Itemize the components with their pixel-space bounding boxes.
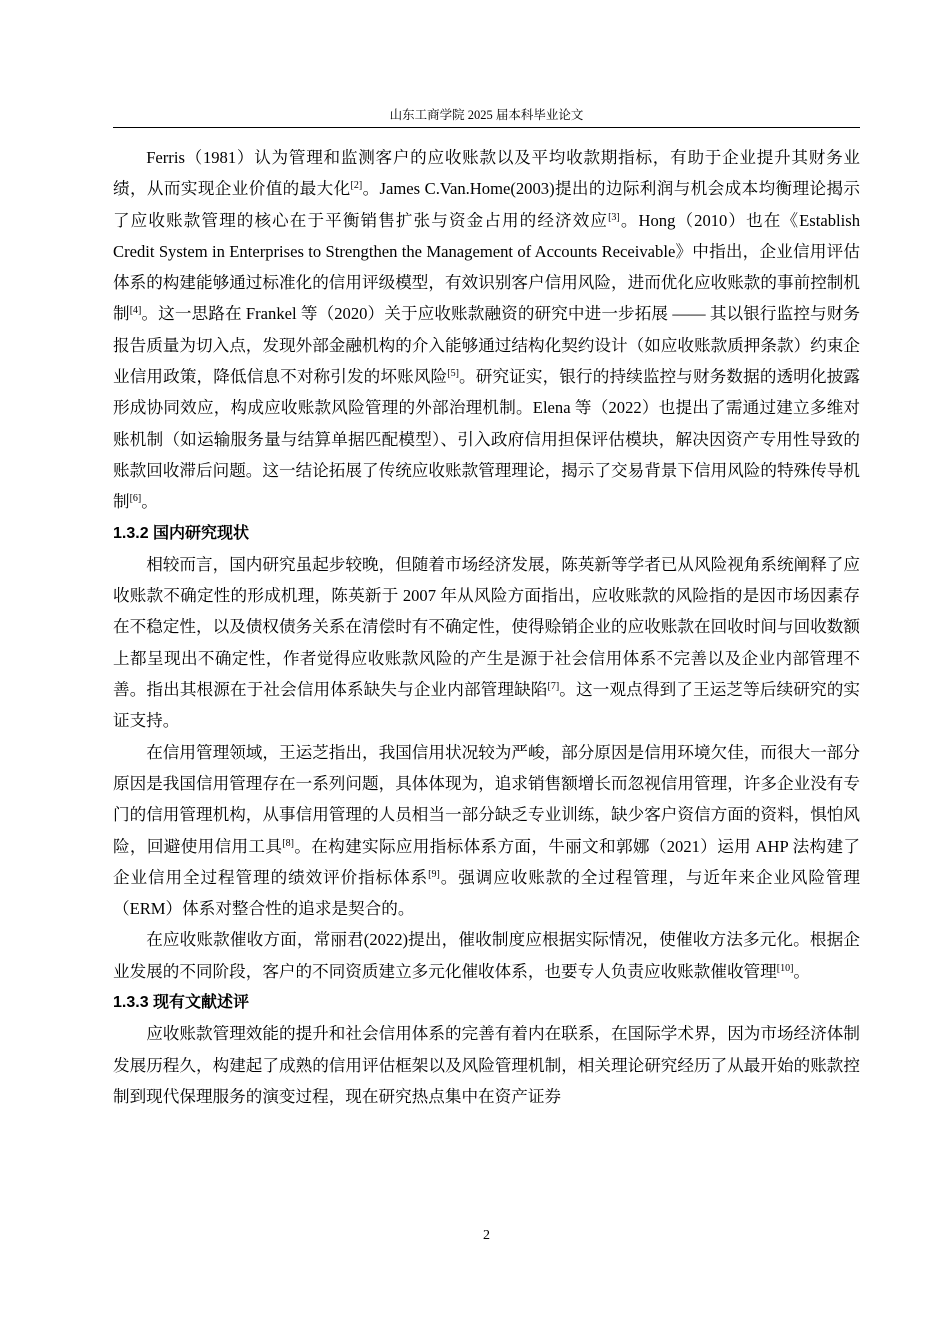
running-header: 山东工商学院 2025 届本科毕业论文 [113, 107, 860, 123]
citation: [2] [351, 180, 363, 191]
paragraph-literature-review: 应收账款管理效能的提升和社会信用体系的完善有着内在联系，在国际学术界，因为市场经… [113, 1018, 860, 1112]
section-heading-1-3-2: 1.3.2 国内研究现状 [113, 518, 860, 549]
header-divider [113, 127, 860, 128]
paragraph-foreign-research: Ferris（1981）认为管理和监测客户的应收账款以及平均收款期指标，有助于企… [113, 142, 860, 518]
document-page: 山东工商学院 2025 届本科毕业论文 Ferris（1981）认为管理和监测客… [0, 0, 950, 1344]
paragraph-collection: 在应收账款催收方面，常丽君(2022)提出，催收制度应根据实际情况，使催收方法多… [113, 924, 860, 987]
citation: [10] [777, 963, 794, 974]
page-number: 2 [113, 1228, 860, 1244]
document-body: Ferris（1981）认为管理和监测客户的应收账款以及平均收款期指标，有助于企… [113, 142, 860, 1112]
citation: [9] [428, 869, 440, 880]
citation: [6] [130, 493, 142, 504]
citation: [8] [282, 838, 294, 849]
citation: [4] [130, 305, 142, 316]
citation: [5] [447, 368, 459, 379]
citation: [3] [608, 212, 620, 223]
paragraph-domestic-risk: 相较而言，国内研究虽起步较晚，但随着市场经济发展，陈英新等学者已从风险视角系统阐… [113, 549, 860, 737]
section-heading-1-3-3: 1.3.3 现有文献述评 [113, 987, 860, 1018]
paragraph-credit-management: 在信用管理领域，王运芝指出，我国信用状况较为严峻，部分原因是信用环境欠佳，而很大… [113, 737, 860, 925]
citation: [7] [548, 681, 560, 692]
